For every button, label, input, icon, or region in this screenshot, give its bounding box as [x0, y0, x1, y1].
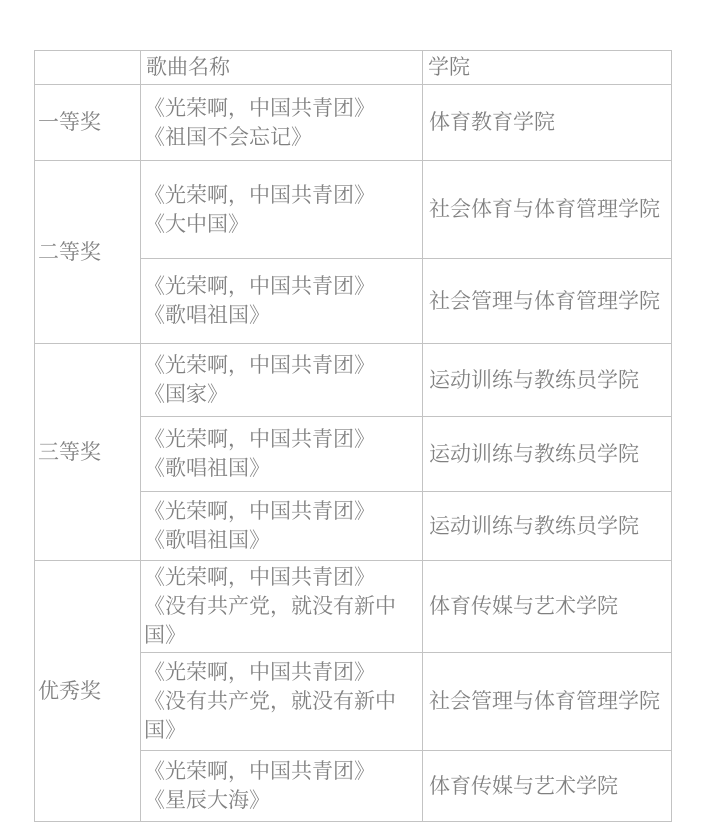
song-cell: 《光荣啊，中国共青团》 《国家》 — [141, 344, 423, 417]
college-cell: 社会管理与体育管理学院 — [423, 653, 672, 751]
song-cell: 《光荣啊，中国共青团》 《大中国》 — [141, 161, 423, 259]
page: 歌曲名称 学院 一等奖 《光荣啊，中国共青团》 《祖国不会忘记》 体育教育学院 … — [0, 0, 706, 840]
header-award-column — [35, 51, 141, 85]
award-cell: 一等奖 — [35, 85, 141, 161]
table-row: 三等奖 《光荣啊，中国共青团》 《国家》 运动训练与教练员学院 — [35, 344, 672, 417]
song-cell: 《光荣啊，中国共青团》 《歌唱祖国》 — [141, 492, 423, 561]
college-cell: 运动训练与教练员学院 — [423, 417, 672, 492]
table-row: 优秀奖 《光荣啊，中国共青团》 《没有共产党，就没有新中 国》 体育传媒与艺术学… — [35, 561, 672, 653]
award-cell: 三等奖 — [35, 344, 141, 561]
song-cell: 《光荣啊，中国共青团》 《歌唱祖国》 — [141, 417, 423, 492]
award-cell: 二等奖 — [35, 161, 141, 344]
song-cell: 《光荣啊，中国共青团》 《没有共产党，就没有新中 国》 — [141, 561, 423, 653]
header-college-column: 学院 — [423, 51, 672, 85]
table-row: 二等奖 《光荣啊，中国共青团》 《大中国》 社会体育与体育管理学院 — [35, 161, 672, 259]
song-cell: 《光荣啊，中国共青团》 《歌唱祖国》 — [141, 259, 423, 344]
award-cell: 优秀奖 — [35, 561, 141, 822]
table-row: 一等奖 《光荣啊，中国共青团》 《祖国不会忘记》 体育教育学院 — [35, 85, 672, 161]
college-cell: 社会体育与体育管理学院 — [423, 161, 672, 259]
awards-table: 歌曲名称 学院 一等奖 《光荣啊，中国共青团》 《祖国不会忘记》 体育教育学院 … — [34, 50, 672, 822]
header-row: 歌曲名称 学院 — [35, 51, 672, 85]
college-cell: 社会管理与体育管理学院 — [423, 259, 672, 344]
header-song-column: 歌曲名称 — [141, 51, 423, 85]
college-cell: 运动训练与教练员学院 — [423, 492, 672, 561]
song-cell: 《光荣啊，中国共青团》 《祖国不会忘记》 — [141, 85, 423, 161]
college-cell: 体育传媒与艺术学院 — [423, 751, 672, 822]
song-cell: 《光荣啊，中国共青团》 《星辰大海》 — [141, 751, 423, 822]
college-cell: 体育教育学院 — [423, 85, 672, 161]
song-cell: 《光荣啊，中国共青团》 《没有共产党，就没有新中 国》 — [141, 653, 423, 751]
college-cell: 体育传媒与艺术学院 — [423, 561, 672, 653]
college-cell: 运动训练与教练员学院 — [423, 344, 672, 417]
